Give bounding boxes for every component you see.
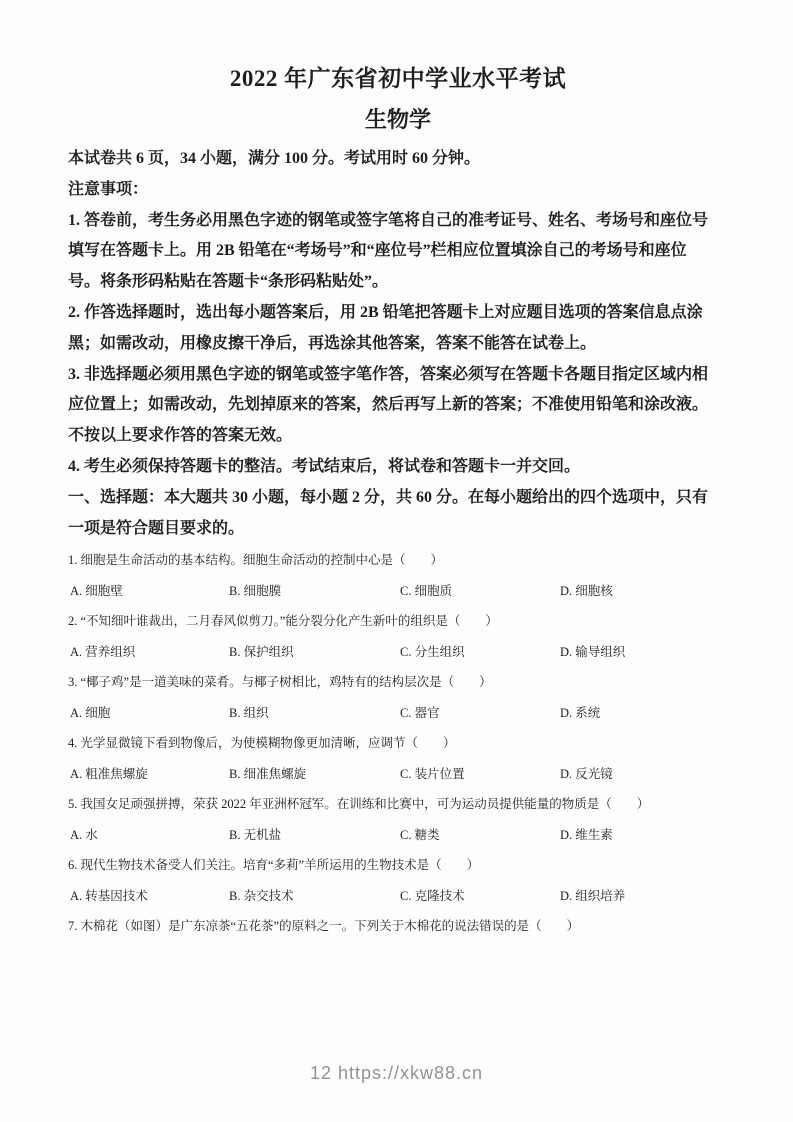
question-2-option-a: A. 营养组织: [70, 637, 135, 668]
notice-line: 2. 作答选择题时，选出每小题答案后，用 2B 铅笔把答题卡上对应题目选项的答案…: [68, 298, 728, 329]
question-4-option-b: B. 细准焦螺旋: [229, 759, 306, 790]
page-number-and-source: 12 https://xkw88.cn: [0, 1063, 793, 1084]
exam-info: 本试卷共 6 页，34 小题，满分 100 分。考试用时 60 分钟。: [68, 144, 728, 175]
question-7: 7. 木棉花（如图）是广东凉茶“五花茶”的原料之一。下列关于木棉花的说法错误的是…: [68, 911, 728, 942]
section-header-line: 一、选择题：本大题共 30 小题，每小题 2 分，共 60 分。在每小题给出的四…: [68, 483, 728, 514]
section-header: 一、选择题：本大题共 30 小题，每小题 2 分，共 60 分。在每小题给出的四…: [68, 483, 728, 545]
exam-paper-page: 2022 年广东省初中学业水平考试 生物学 本试卷共 6 页，34 小题，满分 …: [0, 0, 793, 1122]
question-5-option-a: A. 水: [70, 820, 98, 851]
question-5-option-b: B. 无机盐: [229, 820, 281, 851]
question-2-option-d: D. 输导组织: [560, 637, 625, 668]
notice-line: 不按以上要求作答的答案无效。: [68, 421, 728, 452]
question-3-stem: 3. “椰子鸡”是一道美味的菜肴。与椰子树相比，鸡特有的结构层次是（ ）: [68, 667, 728, 698]
notice-line: 应位置上；如需改动，先划掉原来的答案，然后再写上新的答案；不准使用铅笔和涂改液。: [68, 390, 728, 421]
notice-line: 填写在答题卡上。用 2B 铅笔在“考场号”和“座位号”栏相应位置填涂自己的考场号…: [68, 236, 728, 267]
notice-item-4: 4. 考生必须保持答题卡的整洁。考试结束后，将试卷和答题卡一并交回。: [68, 452, 728, 483]
section-header-line: 一项是符合题目要求的。: [68, 514, 728, 545]
notice-line: 4. 考生必须保持答题卡的整洁。考试结束后，将试卷和答题卡一并交回。: [68, 452, 728, 483]
question-4-option-d: D. 反光镜: [560, 759, 613, 790]
question-1-option-c: C. 细胞质: [400, 576, 452, 607]
notice-line: 号。将条形码粘贴在答题卡“条形码粘贴处”。: [68, 267, 728, 298]
questions-area: 1. 细胞是生命活动的基本结构。细胞生命活动的控制中心是（ ） A. 细胞壁 B…: [68, 545, 728, 942]
question-5: 5. 我国女足顽强拼搏，荣获 2022 年亚洲杯冠军。在训练和比赛中，可为运动员…: [68, 789, 728, 850]
question-3-option-a: A. 细胞: [70, 698, 110, 729]
question-1-option-d: D. 细胞核: [560, 576, 613, 607]
question-2-options: A. 营养组织 B. 保护组织 C. 分生组织 D. 输导组织: [68, 637, 728, 668]
question-1-option-b: B. 细胞膜: [229, 576, 281, 607]
question-5-options: A. 水 B. 无机盐 C. 糖类 D. 维生素: [68, 820, 728, 851]
question-4-options: A. 粗准焦螺旋 B. 细准焦螺旋 C. 装片位置 D. 反光镜: [68, 759, 728, 790]
question-5-option-c: C. 糖类: [400, 820, 440, 851]
question-2-stem: 2. “不知细叶谁裁出，二月春风似剪刀。”能分裂分化产生新叶的组织是（ ）: [68, 606, 728, 637]
question-6-option-a: A. 转基因技术: [70, 881, 148, 912]
question-1: 1. 细胞是生命活动的基本结构。细胞生命活动的控制中心是（ ） A. 细胞壁 B…: [68, 545, 728, 606]
question-5-stem: 5. 我国女足顽强拼搏，荣获 2022 年亚洲杯冠军。在训练和比赛中，可为运动员…: [68, 789, 728, 820]
question-4-option-c: C. 装片位置: [400, 759, 465, 790]
notice-item-2: 2. 作答选择题时，选出每小题答案后，用 2B 铅笔把答题卡上对应题目选项的答案…: [68, 298, 728, 360]
notice-line: 3. 非选择题必须用黑色字迹的钢笔或签字笔作答，答案必须写在答题卡各题目指定区域…: [68, 360, 728, 391]
question-1-option-a: A. 细胞壁: [70, 576, 123, 607]
notice-line: 1. 答卷前，考生务必用黑色字迹的钢笔或签字笔将自己的准考证号、姓名、考场号和座…: [68, 206, 728, 237]
page-content: 2022 年广东省初中学业水平考试 生物学 本试卷共 6 页，34 小题，满分 …: [68, 0, 728, 942]
notice-header: 注意事项：: [68, 175, 728, 206]
page-subtitle: 生物学: [68, 107, 728, 133]
question-6-option-d: D. 组织培养: [560, 881, 625, 912]
notice-item-3: 3. 非选择题必须用黑色字迹的钢笔或签字笔作答，答案必须写在答题卡各题目指定区域…: [68, 360, 728, 452]
question-1-options: A. 细胞壁 B. 细胞膜 C. 细胞质 D. 细胞核: [68, 576, 728, 607]
question-4-option-a: A. 粗准焦螺旋: [70, 759, 148, 790]
question-6: 6. 现代生物技术备受人们关注。培育“多莉”羊所运用的生物技术是（ ） A. 转…: [68, 850, 728, 911]
question-3-option-d: D. 系统: [560, 698, 600, 729]
question-6-option-b: B. 杂交技术: [229, 881, 294, 912]
question-3-options: A. 细胞 B. 组织 C. 器官 D. 系统: [68, 698, 728, 729]
question-3-option-b: B. 组织: [229, 698, 269, 729]
question-3-option-c: C. 器官: [400, 698, 440, 729]
page-title: 2022 年广东省初中学业水平考试: [68, 66, 728, 92]
question-4-stem: 4. 光学显微镜下看到物像后，为使模糊物像更加清晰，应调节（ ）: [68, 728, 728, 759]
question-7-stem: 7. 木棉花（如图）是广东凉茶“五花茶”的原料之一。下列关于木棉花的说法错误的是…: [68, 911, 728, 942]
front-matter: 本试卷共 6 页，34 小题，满分 100 分。考试用时 60 分钟。 注意事项…: [68, 144, 728, 544]
question-2: 2. “不知细叶谁裁出，二月春风似剪刀。”能分裂分化产生新叶的组织是（ ） A.…: [68, 606, 728, 667]
question-2-option-c: C. 分生组织: [400, 637, 465, 668]
question-2-option-b: B. 保护组织: [229, 637, 294, 668]
question-6-options: A. 转基因技术 B. 杂交技术 C. 克隆技术 D. 组织培养: [68, 881, 728, 912]
question-5-option-d: D. 维生素: [560, 820, 613, 851]
question-1-stem: 1. 细胞是生命活动的基本结构。细胞生命活动的控制中心是（ ）: [68, 545, 728, 576]
notice-item-1: 1. 答卷前，考生务必用黑色字迹的钢笔或签字笔将自己的准考证号、姓名、考场号和座…: [68, 206, 728, 298]
notice-line: 黑；如需改动，用橡皮擦干净后，再选涂其他答案，答案不能答在试卷上。: [68, 329, 728, 360]
question-3: 3. “椰子鸡”是一道美味的菜肴。与椰子树相比，鸡特有的结构层次是（ ） A. …: [68, 667, 728, 728]
question-6-option-c: C. 克隆技术: [400, 881, 465, 912]
question-4: 4. 光学显微镜下看到物像后，为使模糊物像更加清晰，应调节（ ） A. 粗准焦螺…: [68, 728, 728, 789]
question-6-stem: 6. 现代生物技术备受人们关注。培育“多莉”羊所运用的生物技术是（ ）: [68, 850, 728, 881]
